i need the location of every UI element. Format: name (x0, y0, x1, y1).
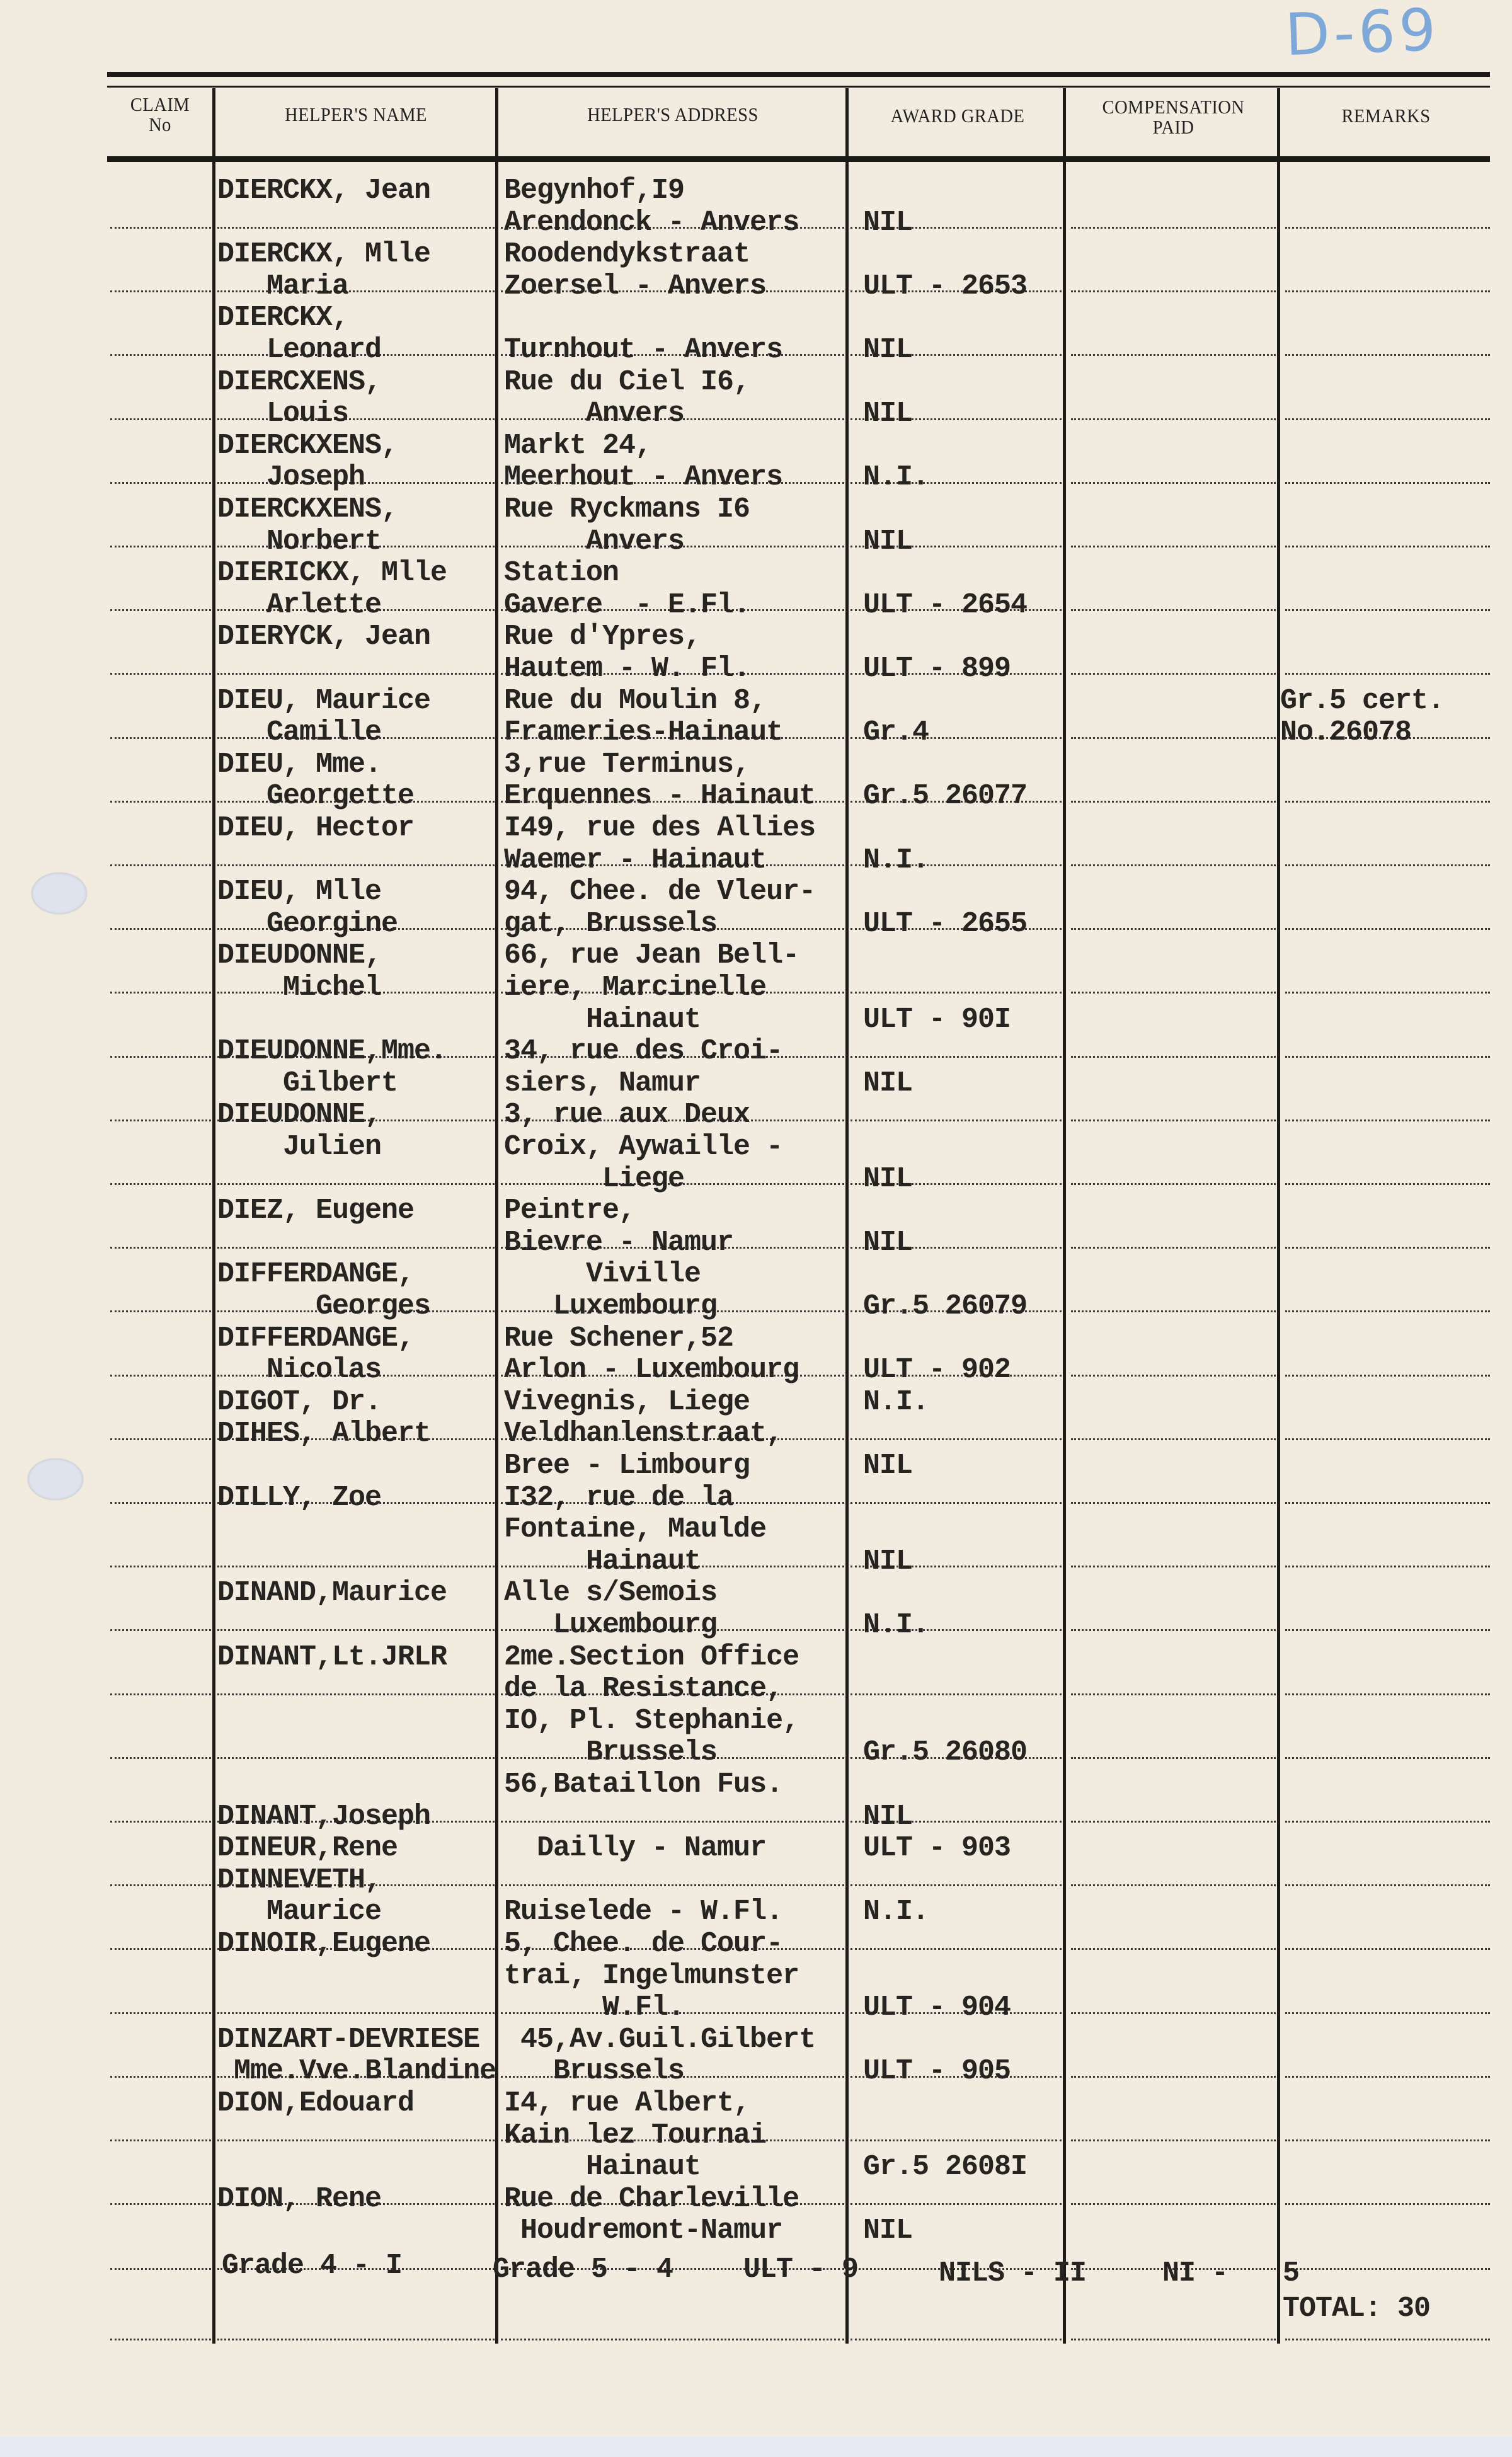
helper-name-line: DIEUDONNE,Mme. (217, 1036, 447, 1067)
dotted-row-line (1285, 673, 1490, 675)
helper-address-line: Begynhof,I9 (504, 175, 684, 207)
dotted-row-line (850, 1948, 1062, 1950)
helper-name-line: Maurice (217, 1896, 381, 1928)
dotted-row-line (217, 1693, 495, 1695)
dotted-row-line (1071, 1757, 1276, 1759)
helper-name-line: Maria (217, 271, 348, 302)
award-grade-line: NIL (863, 207, 912, 239)
helper-name-line: DIERCKXENS, (217, 430, 398, 462)
dotted-row-line (1071, 2339, 1276, 2340)
dotted-row-line (110, 1693, 211, 1695)
helper-address-line: Hainaut (504, 1546, 701, 1578)
dotted-row-line (1071, 1056, 1276, 1058)
dotted-row-line (1285, 1629, 1490, 1631)
dotted-row-line (1071, 290, 1276, 292)
dotted-row-line (110, 1757, 211, 1759)
dotted-row-line (217, 227, 495, 229)
dotted-row-line (1071, 928, 1276, 930)
dotted-row-line (110, 1120, 211, 1121)
helper-address-line: 94, Chee. de Vleur- (504, 876, 815, 908)
dotted-row-line (850, 2139, 1062, 2141)
helper-name-line: Leonard (217, 335, 381, 366)
helper-address-line: Rue du Ciel I6, (504, 367, 750, 398)
award-grade-line: NIL (863, 398, 912, 430)
dotted-row-line (850, 2203, 1062, 2205)
dotted-row-line (850, 1056, 1062, 1058)
helper-address-line: Vivegnis, Liege (504, 1387, 750, 1418)
helper-name-line: Norbert (217, 526, 381, 558)
helper-name-line: Georgine (217, 908, 398, 940)
award-grade-line: NIL (863, 1546, 912, 1578)
helper-address-line: Erquennes - Hainaut (504, 781, 815, 812)
helper-address-line: Gavere - E.Fl. (504, 590, 750, 621)
helper-address-line: siers, Namur (504, 1068, 701, 1099)
helper-address-line: Hainaut (504, 1004, 701, 1036)
helper-address-line: Bievre - Namur (504, 1227, 733, 1259)
helper-name-line: DIEU, Maurice (217, 685, 430, 717)
dotted-row-line (1071, 1183, 1276, 1185)
header-claim-no: CLAIM No (112, 94, 209, 135)
dotted-row-line (850, 2339, 1062, 2340)
helper-name-line: Nicolas (217, 1354, 381, 1386)
dotted-row-line (1285, 1183, 1490, 1185)
helper-address-line: Markt 24, (504, 430, 651, 462)
dotted-row-line (110, 1948, 211, 1950)
helper-address-line: Croix, Aywaille - (504, 1131, 782, 1163)
helper-address-line: Zoersel - Anvers (504, 271, 766, 302)
helper-name-line: DIEUDONNE, (217, 1099, 381, 1131)
helper-address-line: Dailly - Namur (504, 1833, 766, 1864)
dotted-row-line (1071, 227, 1276, 229)
helper-address-line: Station (504, 558, 619, 589)
dotted-row-line (1285, 2339, 1490, 2340)
header-award-grade: AWARD GRADE (859, 106, 1057, 126)
helper-address-line: IO, Pl. Stephanie, (504, 1705, 799, 1737)
award-grade-line: NIL (863, 1801, 912, 1833)
dotted-row-line (1285, 2012, 1490, 2014)
award-grade-line: NIL (863, 2215, 912, 2247)
dotted-row-line (110, 418, 211, 420)
dotted-row-line (110, 227, 211, 229)
dotted-row-line (1285, 418, 1490, 420)
award-grade-line: NIL (863, 335, 912, 366)
helper-address-line: Arlon - Luxembourg (504, 1354, 799, 1386)
top-thin-rule (107, 86, 1490, 88)
helper-address-line: Rue Schener,52 (504, 1323, 733, 1354)
dotted-row-line (1285, 1693, 1490, 1695)
helper-address-line: Frameries-Hainaut (504, 717, 782, 748)
dotted-row-line (110, 801, 211, 803)
award-grade-line: ULT - 899 (863, 653, 1011, 685)
dotted-row-line (1285, 290, 1490, 292)
helper-address-line: Hainaut (504, 2151, 701, 2183)
dotted-row-line (110, 2012, 211, 2014)
award-grade-line: NIL (863, 1068, 912, 1099)
summary-nils: NILS - II (939, 2258, 1086, 2289)
dotted-row-line (1285, 1310, 1490, 1312)
award-grade-line: N.I. (863, 1610, 929, 1641)
helper-address-line: Roodendykstraat (504, 239, 750, 270)
helper-name-line: DINANT,Joseph (217, 1801, 430, 1833)
dotted-row-line (110, 2076, 211, 2078)
helper-name-line: DIEU, Hector (217, 813, 414, 844)
helper-address-line: Rue de Charleville (504, 2184, 799, 2215)
helper-name-line: Louis (217, 398, 348, 430)
dotted-row-line (1071, 1948, 1276, 1950)
dotted-row-line (1071, 1821, 1276, 1823)
dotted-row-line (1285, 1056, 1490, 1058)
helper-name-line: DINEUR,Rene (217, 1833, 398, 1864)
award-grade-line: N.I. (863, 845, 929, 876)
summary-total: TOTAL: 30 (1283, 2293, 1430, 2325)
dotted-row-line (850, 992, 1062, 994)
award-grade-line: N.I. (863, 1896, 929, 1928)
helper-address-line: Rue d'Ypres, (504, 621, 701, 653)
helper-address-line: 45,Av.Guil.Gilbert (504, 2024, 815, 2056)
dotted-row-line (110, 1629, 211, 1631)
dotted-row-line (1071, 2076, 1276, 2078)
helper-name-line: DIERCKXENS, (217, 494, 398, 525)
award-grade-line: Gr.4 (863, 717, 929, 748)
summary-ult: ULT - 9 (743, 2254, 858, 2286)
helper-address-line: W.Fl. (504, 1992, 684, 2024)
dotted-row-line (110, 2203, 211, 2205)
dotted-row-line (110, 992, 211, 994)
dotted-row-line (217, 1247, 495, 1249)
dotted-row-line (110, 1247, 211, 1249)
dotted-row-line (1285, 1120, 1490, 1121)
helper-name-line: Joseph (217, 462, 365, 493)
helper-address-line: Rue Ryckmans I6 (504, 494, 750, 525)
dotted-row-line (1285, 1757, 1490, 1759)
divider-claim-name (212, 88, 215, 2344)
helper-address-line: Viville (504, 1259, 701, 1290)
dotted-row-line (110, 2268, 211, 2270)
helper-name-line: DILLY, Zoe (217, 1482, 381, 1514)
helper-name-line: DIERCKX, Jean (217, 175, 430, 207)
summary-grade5: Grade 5 - 4 (493, 2254, 673, 2286)
dotted-row-line (217, 864, 495, 866)
helper-address-line: Luxembourg (504, 1610, 717, 1641)
helper-name-line: DINZART-DEVRIESE (217, 2024, 479, 2056)
dotted-row-line (110, 290, 211, 292)
dotted-row-line (1071, 1310, 1276, 1312)
dotted-row-line (1071, 1375, 1276, 1377)
helper-address-line: Alle s/Semois (504, 1578, 717, 1609)
dotted-row-line (110, 1056, 211, 1058)
helper-name-line: DINNEVETH, (217, 1865, 381, 1896)
helper-name-line: Julien (217, 1131, 381, 1163)
dotted-row-line (1285, 1884, 1490, 1886)
award-grade-line: ULT - 902 (863, 1354, 1011, 1386)
dotted-row-line (217, 1183, 495, 1185)
dotted-row-line (217, 1757, 495, 1759)
header-helper-name: HELPER'S NAME (229, 105, 484, 125)
award-grade-line: NIL (863, 1164, 912, 1195)
dotted-row-line (110, 864, 211, 866)
dotted-row-line (1071, 354, 1276, 356)
helper-address-line: Veldhanlenstraat, (504, 1418, 782, 1450)
dotted-row-line (110, 482, 211, 484)
header-bottom-rule (107, 156, 1490, 162)
award-grade-line: ULT - 905 (863, 2056, 1011, 2087)
dotted-row-line (1071, 418, 1276, 420)
dotted-row-line (217, 673, 495, 675)
helper-name-line: DIHES, Albert (217, 1418, 430, 1450)
dotted-row-line (1285, 1375, 1490, 1377)
dotted-row-line (110, 2339, 211, 2340)
award-grade-line: ULT - 2653 (863, 271, 1027, 302)
helper-address-line: 3, rue aux Deux (504, 1099, 750, 1131)
punch-hole-lower (28, 1458, 83, 1500)
top-thick-rule (107, 72, 1490, 77)
dotted-row-line (110, 1821, 211, 1823)
award-grade-line: Gr.5 26077 (863, 781, 1027, 812)
dotted-row-line (1071, 1247, 1276, 1249)
helper-address-line: Hautem - W. Fl. (504, 653, 750, 685)
dotted-row-line (110, 928, 211, 930)
helper-address-line: 2me.Section Office (504, 1642, 799, 1673)
dotted-row-line (110, 1566, 211, 1567)
divider-compensation-remarks (1277, 88, 1280, 2344)
dotted-row-line (850, 1693, 1062, 1695)
dotted-row-line (1071, 609, 1276, 611)
dotted-row-line (1071, 992, 1276, 994)
helper-address-line: Bree - Limbourg (504, 1450, 750, 1482)
award-grade-line: NIL (863, 526, 912, 558)
divider-address-award (845, 88, 849, 2344)
dotted-row-line (1071, 1566, 1276, 1567)
helper-name-line: Mme.Vve.Blandine (217, 2056, 496, 2087)
helper-name-line: DIERCKX, Mlle (217, 239, 430, 270)
helper-address-line: Fontaine, Maulde (504, 1514, 766, 1545)
helper-address-line: Kain lez Tournai (504, 2120, 766, 2151)
helper-name-line: Georgette (217, 781, 414, 812)
dotted-row-line (1285, 864, 1490, 866)
helper-address-line: trai, Ingelmunster (504, 1961, 799, 1992)
dotted-row-line (1285, 609, 1490, 611)
dotted-row-line (501, 1884, 844, 1886)
helper-address-line: gat, Brussels (504, 908, 717, 940)
helper-name-line: DIEU, Mme. (217, 749, 381, 781)
summary-ni-count: 5 (1283, 2258, 1299, 2289)
award-grade-line: ULT - 2655 (863, 908, 1027, 940)
dotted-row-line (217, 2012, 495, 2014)
dotted-row-line (501, 1821, 844, 1823)
summary-grade4: Grade 4 - I (222, 2250, 402, 2282)
helper-address-line: Brussels (504, 1737, 717, 1768)
dotted-row-line (1285, 2203, 1490, 2205)
helper-name-line: DIFFERDANGE, (217, 1259, 414, 1290)
award-grade-line: N.I. (863, 462, 929, 493)
helper-address-line: 3,rue Terminus, (504, 749, 750, 781)
dotted-row-line (217, 2339, 495, 2340)
dotted-row-line (1071, 2012, 1276, 2014)
helper-address-line: I4, rue Albert, (504, 2088, 750, 2119)
helper-address-line: I49, rue des Allies (504, 813, 815, 844)
dotted-row-line (1285, 2076, 1490, 2078)
helper-address-line: 34, rue des Croi- (504, 1036, 782, 1067)
award-grade-line: Gr.5 26080 (863, 1737, 1027, 1768)
dotted-row-line (1285, 546, 1490, 547)
helper-name-line: DIERICKX, Mlle (217, 558, 447, 589)
dotted-row-line (110, 1310, 211, 1312)
helper-name-line: DIEUDONNE, (217, 940, 381, 971)
helper-address-line: Anvers (504, 526, 684, 558)
award-grade-line: ULT - 904 (863, 1992, 1011, 2024)
dotted-row-line (110, 354, 211, 356)
award-grade-line: N.I. (863, 1387, 929, 1418)
dotted-row-line (1071, 737, 1276, 739)
dotted-row-line (110, 1502, 211, 1504)
dotted-row-line (1071, 673, 1276, 675)
dotted-row-line (1071, 482, 1276, 484)
dotted-row-line (1285, 354, 1490, 356)
dotted-row-line (1071, 2203, 1276, 2205)
helper-address-line: Waemer - Hainaut (504, 845, 766, 876)
dotted-row-line (1071, 1120, 1276, 1121)
dotted-row-line (217, 1629, 495, 1631)
award-grade-line: ULT - 2654 (863, 590, 1027, 621)
dotted-row-line (1071, 1693, 1276, 1695)
header-compensation-paid: COMPENSATION PAID (1076, 97, 1270, 137)
dotted-row-line (110, 1183, 211, 1185)
dotted-row-line (850, 1120, 1062, 1121)
helper-name-line: DIERYCK, Jean (217, 621, 430, 653)
dotted-row-line (1285, 2268, 1490, 2270)
scan-background (0, 2437, 1512, 2457)
helper-address-line: Brussels (504, 2056, 684, 2087)
helper-address-line: 5, Chee. de Cour- (504, 1928, 782, 1960)
dotted-row-line (1285, 1821, 1490, 1823)
helper-name-line: DINANT,Lt.JRLR (217, 1642, 447, 1673)
dotted-row-line (217, 2139, 495, 2141)
dotted-row-line (110, 1375, 211, 1377)
award-grade-line: ULT - 90I (863, 1004, 1011, 1036)
dotted-row-line (850, 1502, 1062, 1504)
helper-address-line: Rue du Moulin 8, (504, 685, 766, 717)
helper-name-line: DION,Edouard (217, 2088, 414, 2119)
dotted-row-line (1071, 1502, 1276, 1504)
helper-name-line: DIERCXENS, (217, 367, 381, 398)
dotted-row-line (1285, 482, 1490, 484)
dotted-row-line (110, 546, 211, 547)
helper-address-line: de la Resistance, (504, 1673, 782, 1705)
dotted-row-line (1285, 2139, 1490, 2141)
helper-name-line: DIGOT, Dr. (217, 1387, 381, 1418)
divider-name-address (495, 88, 498, 2344)
dotted-row-line (110, 673, 211, 675)
dotted-row-line (1285, 1438, 1490, 1440)
helper-name-line: Arlette (217, 590, 381, 621)
dotted-row-line (850, 1884, 1062, 1886)
punch-hole-upper (31, 873, 87, 914)
helper-name-line: Camille (217, 717, 381, 748)
helper-address-line: Meerhout - Anvers (504, 462, 782, 493)
dotted-row-line (1071, 2139, 1276, 2141)
helper-name-line: DIERCKX, (217, 302, 348, 334)
helper-address-line: 66, rue Jean Bell- (504, 940, 799, 971)
helper-address-line: Houdremont-Namur (504, 2215, 782, 2247)
helper-address-line: Luxembourg (504, 1291, 717, 1322)
remarks-line: Gr.5 cert. (1280, 685, 1444, 717)
helper-name-line: DIEZ, Eugene (217, 1195, 414, 1227)
helper-address-line: Peintre, (504, 1195, 635, 1227)
dotted-row-line (850, 1438, 1062, 1440)
dotted-row-line (1071, 864, 1276, 866)
dotted-row-line (1285, 1948, 1490, 1950)
dotted-row-line (1071, 1884, 1276, 1886)
dotted-row-line (110, 1438, 211, 1440)
helper-address-line: Liege (504, 1164, 684, 1195)
award-grade-line: NIL (863, 1227, 912, 1259)
dotted-row-line (1285, 928, 1490, 930)
helper-name-line: DINOIR,Eugene (217, 1928, 430, 1960)
helper-address-line: Ruiselede - W.Fl. (504, 1896, 782, 1928)
dotted-row-line (1285, 992, 1490, 994)
dotted-row-line (110, 737, 211, 739)
dotted-row-line (1071, 1629, 1276, 1631)
dotted-row-line (1071, 546, 1276, 547)
helper-address-line: 56,Bataillon Fus. (504, 1769, 782, 1801)
dotted-row-line (110, 1884, 211, 1886)
dotted-row-line (1285, 227, 1490, 229)
helper-address-line: Anvers (504, 398, 684, 430)
page-mark: D-69 (1284, 0, 1441, 69)
remarks-line: No.26078 (1280, 717, 1411, 748)
dotted-row-line (110, 2139, 211, 2141)
summary-ni: NI - (1162, 2258, 1228, 2289)
dotted-row-line (1071, 801, 1276, 803)
helper-address-line: iere, Marcinelle (504, 972, 766, 1004)
helper-address-line: Turnhout - Anvers (504, 335, 782, 366)
header-remarks: REMARKS (1290, 106, 1482, 126)
award-grade-line: Gr.5 26079 (863, 1291, 1027, 1322)
helper-address-line: Arendonck - Anvers (504, 207, 799, 239)
dotted-row-line (501, 2339, 844, 2340)
dotted-row-line (110, 609, 211, 611)
dotted-row-line (1285, 1247, 1490, 1249)
dotted-row-line (217, 1566, 495, 1567)
award-grade-line: NIL (863, 1450, 912, 1482)
helper-name-line: Georges (217, 1291, 430, 1322)
dotted-row-line (1285, 1566, 1490, 1567)
helper-name-line: Gilbert (217, 1068, 398, 1099)
helper-address-line: I32, rue de la (504, 1482, 733, 1514)
award-grade-line: ULT - 903 (863, 1833, 1011, 1864)
helper-name-line: DION, Rene (217, 2184, 381, 2215)
helper-name-line: DIEU, Mlle (217, 876, 381, 908)
award-grade-line: Gr.5 2608I (863, 2151, 1027, 2183)
header-helper-address: HELPER'S ADDRESS (513, 105, 832, 125)
helper-name-line: DIFFERDANGE, (217, 1323, 414, 1354)
divider-award-compensation (1063, 88, 1066, 2344)
helper-name-line: DINAND,Maurice (217, 1578, 447, 1609)
helper-name-line: Michel (217, 972, 381, 1004)
dotted-row-line (1285, 1502, 1490, 1504)
dotted-row-line (1285, 801, 1490, 803)
dotted-row-line (1071, 1438, 1276, 1440)
